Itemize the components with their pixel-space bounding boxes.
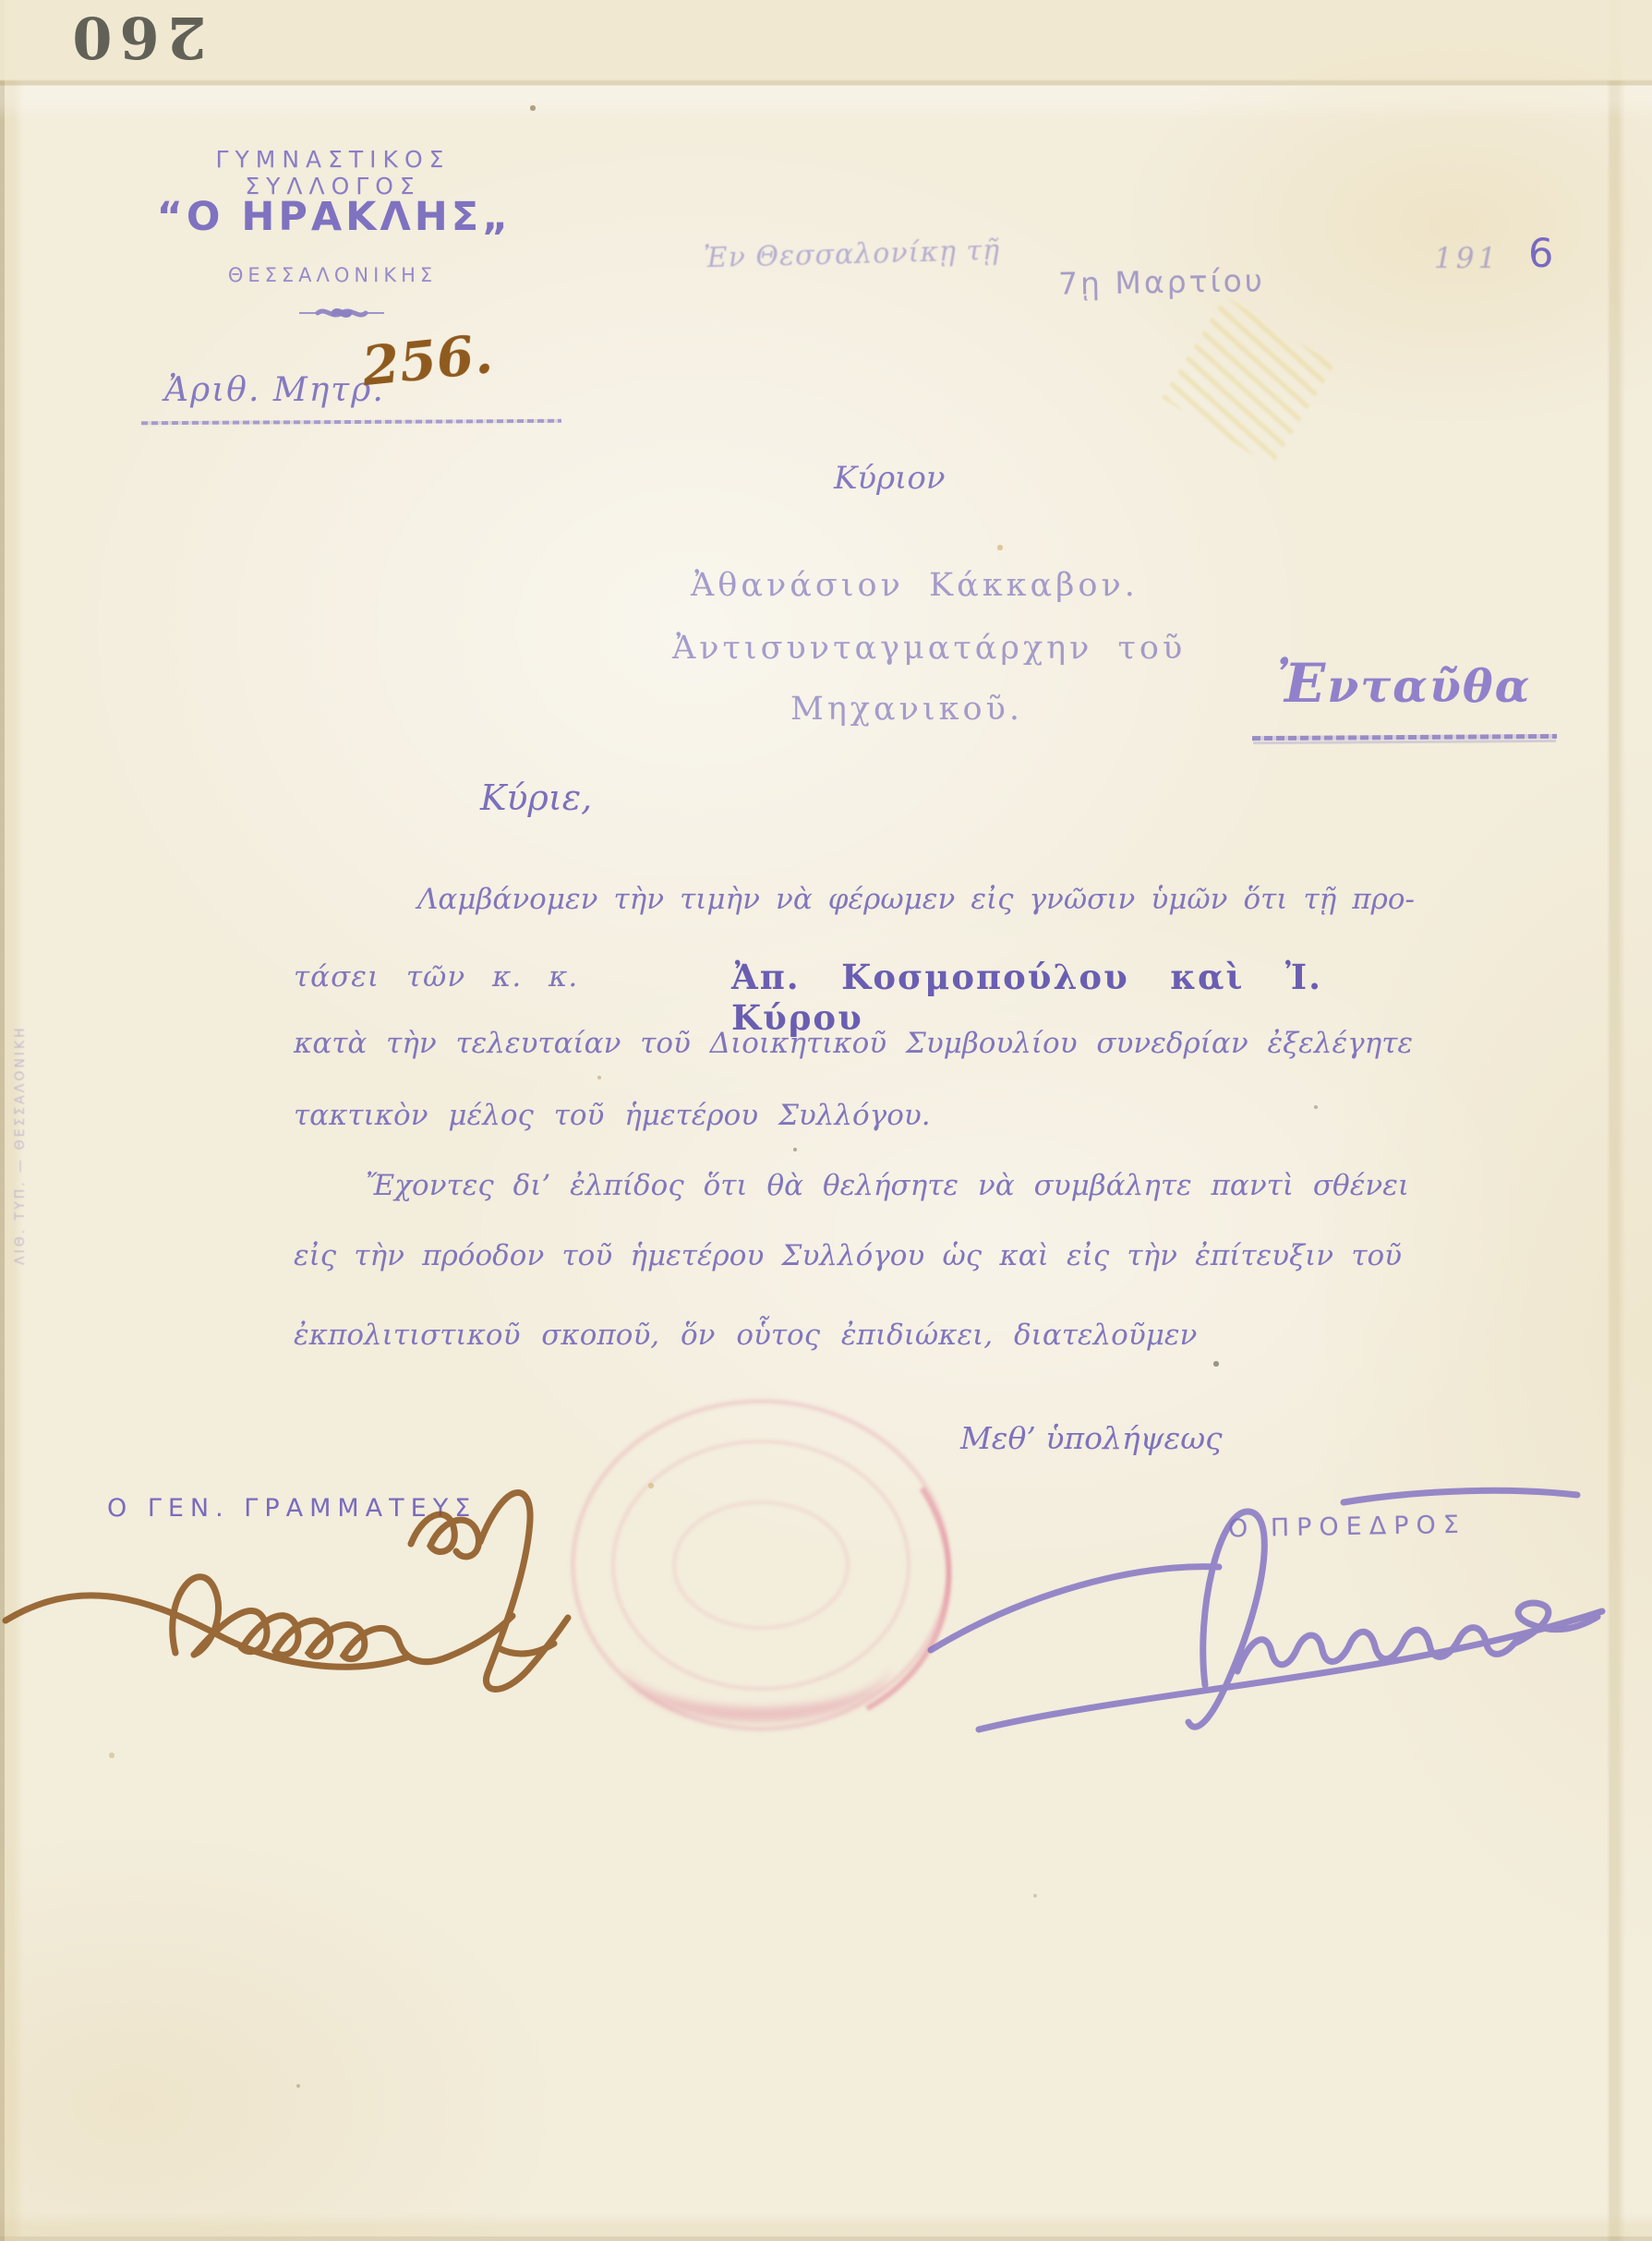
president-signature: [923, 1454, 1652, 1759]
letterhead-city: ΘΕΣΣΑΛΟΝΙΚΗΣ: [185, 264, 480, 286]
body-line-7: ἐκπολιτιστικοῦ σκοποῦ, ὅν οὗτος ἐπιδιώκε…: [294, 1319, 1197, 1352]
registry-label: Ἀριθ. Μητρ.: [164, 371, 385, 409]
body-line-6: εἰς τὴν πρόοδον τοῦ ἡμετέρου Συλλόγου ὡς…: [294, 1239, 1402, 1272]
dateline-year-printed: 191: [1434, 242, 1500, 275]
dateline-year-typed: 6: [1528, 231, 1553, 277]
paper-specks: [0, 0, 2, 2]
body-line-1: Λαμβάνομεν τὴν τιμὴν νὰ φέρωμεν εἰς γνῶσ…: [417, 883, 1415, 916]
letterhead-club-name: ΓΥΜΝΑΣΤΙΚΟΣ ΣΥΛΛΟΓΟΣ: [137, 146, 529, 199]
body-line-3: κατὰ τὴν τελευταίαν τοῦ Διοικητικοῦ Συμβ…: [294, 1027, 1413, 1060]
president-title: Ο ΠΡΟΕΔΡΟΣ: [1228, 1511, 1466, 1543]
body-closing: Μεθ’ ὑπολήψεως: [960, 1420, 1223, 1456]
addressee-location: Ἐνταῦθα: [1276, 652, 1531, 715]
registry-number-handwritten: 256.: [359, 322, 496, 398]
dateline-day-month: 7ῃ Μαρτίου: [1058, 262, 1266, 302]
addressee-kyrion: Κύριον: [834, 460, 946, 497]
printer-imprint-vertical: ΛΙΘ. ΤΥΠ. — ΘΕΣΣΑΛΟΝΙΚΗ: [13, 960, 28, 1265]
body-line-4: τακτικὸν μέλος τοῦ ἡμετέρου Συλλόγου.: [294, 1099, 931, 1132]
body-line-5: Ἔχοντες δι’ ἐλπίδος ὅτι θὰ θελήσητε νὰ σ…: [366, 1169, 1409, 1202]
archive-number-inverted: 260: [48, 4, 223, 71]
letterhead-club-title: “Ο ΗΡΑΚΛΗΣ„: [150, 194, 519, 240]
yellow-ink-stain: [1162, 296, 1335, 466]
addressee-title-line2: Μηχανικοῦ.: [790, 691, 1023, 728]
secretary-title: Ο ΓΕΝ. ΓΡΑΜΜΑΤΕΥΣ: [107, 1494, 476, 1523]
registry-underline: [141, 419, 561, 425]
seal-arc-text-smudge: [624, 1606, 892, 1722]
body-line-2-proposer-names: Ἀπ. Κοσμοπούλου καὶ Ἰ. Κύρου: [731, 957, 1322, 1038]
addressee-location-underline: [1252, 734, 1557, 741]
dateline-place: Ἐν Θεσσαλονίκῃ τῇ: [704, 235, 1001, 274]
club-seal-stamp: [571, 1399, 951, 1731]
body-line-2-prefix: τάσει τῶν κ. κ.: [294, 960, 578, 994]
addressee-title-line1: Ἀντισυνταγματάρχην τοῦ: [672, 630, 1186, 667]
addressee-name: Ἀθανάσιον Κάκκαβον.: [691, 567, 1139, 604]
body-salutation: Κύριε,: [480, 777, 592, 818]
letterhead-ornament-icon: [297, 305, 386, 321]
letter-page: 260 ΓΥΜΝΑΣΤΙΚΟΣ ΣΥΛΛΟΓΟΣ “Ο ΗΡΑΚΛΗΣ„ ΘΕΣ…: [0, 0, 1652, 2241]
